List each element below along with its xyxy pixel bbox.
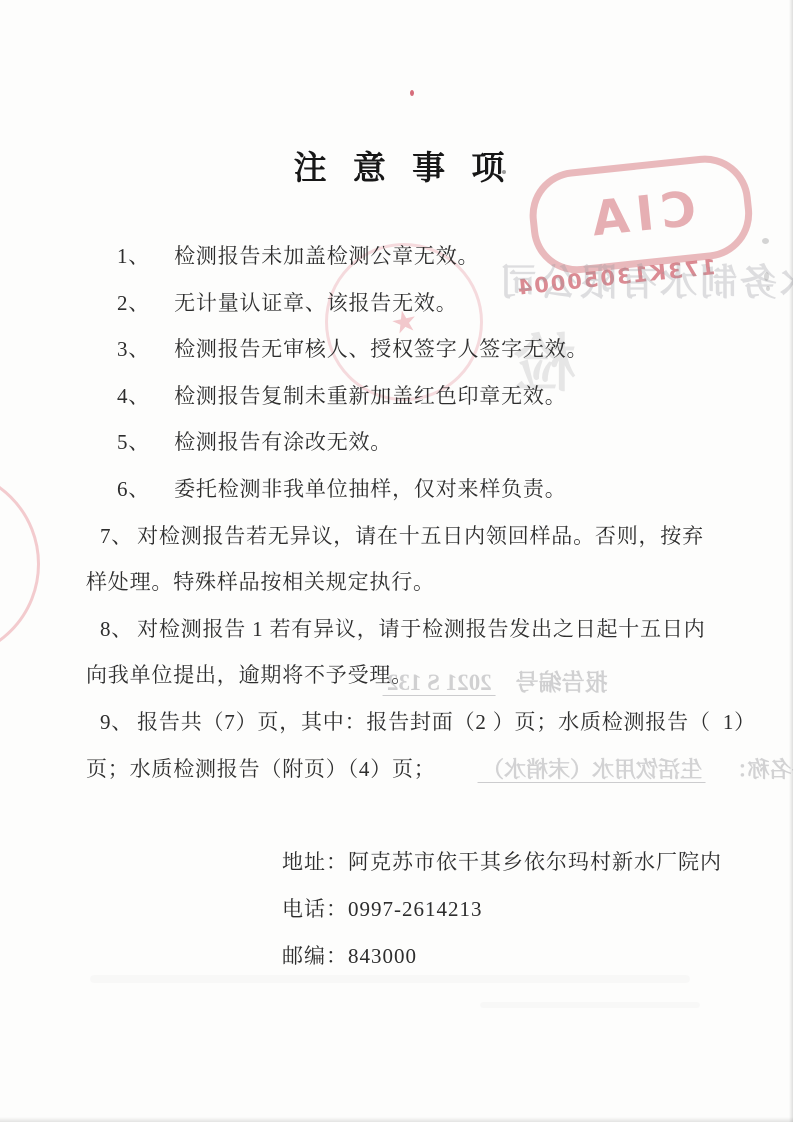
postcode-label: 邮编：	[282, 944, 348, 968]
note-text: 检测报告有涂改无效。	[174, 430, 392, 454]
note-number: 3、	[117, 337, 150, 361]
address-label: 地址：	[282, 850, 348, 874]
note-number: 7、	[100, 524, 133, 548]
note-number: 9、	[100, 710, 133, 734]
scanned-report-notes-page: CIA 173K13050004 ★ 阿克苏水务制水有限公司 检 报告编号 20…	[0, 0, 793, 1122]
scan-smudge	[480, 1002, 700, 1008]
note-item-5: 5、检测报告有涂改无效。	[86, 419, 788, 466]
note-text: 检测报告未加盖检测公章无效。	[174, 244, 479, 268]
note-text: 对检测报告若无异议，请在十五日内领回样品。否则，按弃 样处理。特殊样品按相关规定…	[86, 524, 704, 595]
postcode-value: 843000	[348, 944, 417, 968]
edge-speck	[766, 286, 770, 291]
phone-label: 电话：	[282, 897, 348, 921]
note-text: 委托检测非我单位抽样，仅对来样负责。	[174, 477, 566, 501]
note-number: 8、	[100, 617, 133, 641]
address-value: 阿克苏市依干其乡依尔玛村新水厂院内	[348, 850, 722, 874]
left-edge-seal-arc	[0, 468, 40, 660]
scan-smudge	[90, 975, 690, 983]
note-number: 4、	[117, 384, 150, 408]
note-text: 检测报告复制未重新加盖红色印章无效。	[174, 384, 566, 408]
note-number: 5、	[117, 430, 150, 454]
title-dot-speck	[502, 170, 506, 174]
postcode-line: 邮编：843000	[282, 933, 722, 980]
edge-speck	[762, 238, 769, 244]
note-text: 对检测报告 1 若有异议，请于检测报告发出之日起十五日内 向我单位提出，逾期将不…	[86, 617, 706, 688]
notes-list: 1、检测报告未加盖检测公章无效。 2、无计量认证章、该报告无效。 3、检测报告无…	[86, 233, 788, 792]
scan-edge-shadow-right	[789, 0, 793, 1122]
address-line: 地址：阿克苏市依干其乡依尔玛村新水厂院内	[282, 839, 722, 886]
page-title: 注 意 事 项	[0, 142, 793, 189]
note-item-4: 4、检测报告复制未重新加盖红色印章无效。	[86, 373, 788, 420]
note-item-3: 3、检测报告无审核人、授权签字人签字无效。	[86, 326, 788, 373]
contact-block: 地址：阿克苏市依干其乡依尔玛村新水厂院内 电话：0997-2614213 邮编：…	[282, 839, 722, 979]
scan-edge-shadow-bottom	[0, 1117, 793, 1122]
note-text: 检测报告无审核人、授权签字人签字无效。	[174, 337, 588, 361]
note-text: 无计量认证章、该报告无效。	[174, 291, 457, 315]
note-item-1: 1、检测报告未加盖检测公章无效。	[86, 233, 788, 280]
note-item-6: 6、委托检测非我单位抽样，仅对来样负责。	[86, 466, 788, 513]
note-item-7: 7、对检测报告若无异议，请在十五日内领回样品。否则，按弃 样处理。特殊样品按相关…	[86, 513, 788, 606]
phone-value: 0997-2614213	[348, 897, 483, 921]
note-text: 报告共（7）页，其中：报告封面（2 ）页；水质检测报告（ 1） 页；水质检测报告…	[86, 710, 756, 781]
red-scan-speck	[410, 90, 414, 96]
note-number: 2、	[117, 291, 150, 315]
note-item-2: 2、无计量认证章、该报告无效。	[86, 280, 788, 327]
edge-speck	[764, 272, 769, 281]
note-number: 1、	[117, 244, 150, 268]
note-number: 6、	[117, 477, 150, 501]
note-item-8: 8、对检测报告 1 若有异议，请于检测报告发出之日起十五日内 向我单位提出，逾期…	[86, 606, 788, 699]
phone-line: 电话：0997-2614213	[282, 886, 722, 933]
note-item-9: 9、报告共（7）页，其中：报告封面（2 ）页；水质检测报告（ 1） 页；水质检测…	[86, 699, 788, 792]
